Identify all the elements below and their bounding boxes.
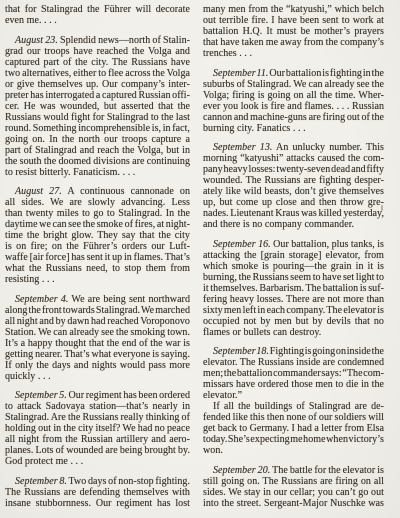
text-line-content: ever you look is fire and flames. . . . …	[203, 101, 384, 112]
text-line: burning, the Russians seem to have set l…	[203, 272, 384, 283]
diary-paragraph: If all the buildings of Stalingrad are d…	[203, 401, 384, 456]
text-line-content: all night from the Russian artillery and…	[5, 434, 190, 445]
text-line-content: trenches . . .	[203, 48, 252, 59]
text-line-content: the south the doomed divisions are conti…	[5, 156, 190, 167]
text-line: two alternatives, either to flee across …	[5, 68, 190, 79]
text-line-content: elevator.”	[203, 390, 242, 401]
text-line: August 27. A continuous cannonade on	[15, 186, 190, 197]
text-line: cannon and machine-guns are firing out o…	[203, 112, 384, 123]
text-line: along the front towards Stalingrad. We m…	[5, 305, 190, 316]
text-line-content: September 16. Our battalion, plus tanks,…	[213, 239, 384, 250]
text-line: morning “katyushi” attacks caused the co…	[203, 153, 384, 164]
text-line: ately like wild beasts, don’t give thems…	[203, 186, 384, 197]
text-line-content: If only the days and nights would pass m…	[5, 360, 190, 371]
text-line-content: August 23. Splendid news—north of Stalin…	[15, 35, 190, 46]
diary-paragraph: September 16. Our battalion, plus tanks,…	[203, 239, 384, 338]
text-line: sides. We stay in our cellar; you can’t …	[203, 487, 384, 498]
text-line: that have taken me away from the company…	[203, 37, 384, 48]
text-line-content: burning, the Russians seem to have set l…	[203, 272, 384, 283]
text-line: getting nearer. That’s what everyone is …	[5, 349, 190, 360]
text-line-content: Volga; firing is going on all the time. …	[203, 90, 384, 101]
text-line-content: get back to Germany. I had a letter from…	[203, 423, 384, 434]
text-line-content: even me. . . .	[5, 15, 57, 26]
text-line: it themselves. Barbarism. The battalion …	[203, 283, 384, 294]
text-line-content: insane stubbornness. Our regiment has lo…	[5, 498, 190, 509]
text-line-content: fering heavy losses. There are not more …	[203, 294, 384, 305]
text-line-content: missars have ordered those men to die in…	[203, 379, 384, 390]
text-line-content: many men from the “katyushi,” which belc…	[203, 4, 384, 15]
text-line: wounded. The Russians are fighting despe…	[203, 175, 384, 186]
text-line-content: that have taken me away from the company…	[203, 37, 384, 48]
text-line-content: It’s a happy thought that the end of the…	[5, 338, 190, 349]
text-line: attacking the [grain storage] elevator, …	[203, 250, 384, 261]
text-line: sixty men left in each company. The elev…	[203, 305, 384, 316]
text-line-content: If all the buildings of Stalingrad are d…	[213, 401, 384, 412]
text-line: even me. . . .	[5, 15, 190, 26]
text-line: out terrible fire. I have been sent to w…	[203, 15, 384, 26]
text-line: If only the days and nights would pass m…	[5, 360, 190, 371]
text-line-content: occupied not by men but by devils that n…	[203, 316, 384, 327]
text-line-content: ately like wild beasts, don’t give thems…	[203, 186, 384, 197]
text-line: get back to Germany. I had a letter from…	[203, 423, 384, 434]
text-line-content: today. She’s expecting me home when vict…	[203, 434, 384, 445]
text-line: the south the doomed divisions are conti…	[5, 156, 190, 167]
text-line: grad our troops have reached the Volga a…	[5, 46, 190, 57]
text-line: elevator.”	[203, 390, 384, 401]
text-line-content: along the front towards Stalingrad. We m…	[5, 305, 190, 316]
text-line-content: wounded. The Russians are fighting despe…	[203, 175, 384, 186]
text-line: elevator. The Russians inside are condem…	[203, 357, 384, 368]
diary-paragraph: many men from the “katyushi,” which belc…	[203, 4, 384, 59]
text-line-content: that for Stalingrad the Führer will deco…	[5, 4, 190, 15]
text-line-content: to attack Sadovaya station—that’s nearly…	[5, 401, 190, 412]
text-line: many men from the “katyushi,” which belc…	[203, 4, 384, 15]
text-line: into the street. Sergeant-Major Nuschke …	[203, 498, 384, 509]
text-line: than twenty miles to go to Stalingrad. I…	[5, 208, 190, 219]
diary-paragraph: September 11. Our battalion is fighting …	[203, 68, 384, 134]
text-line: September 13. An unlucky number. This	[213, 142, 384, 153]
text-line: part of Stalingrad and reach the Volga, …	[5, 145, 190, 156]
text-line: all sides. We are slowly advancing. Less	[5, 197, 190, 208]
text-line-content: up, but come up close and then throw gre…	[203, 197, 384, 208]
text-line: August 23. Splendid news—north of Stalin…	[15, 35, 190, 46]
text-line: burning city. Fanatics . . .	[203, 123, 384, 134]
text-line: fended like this then none of our soldie…	[203, 412, 384, 423]
text-line-content: attacking the [grain storage] elevator, …	[203, 250, 384, 261]
text-line: that for Stalingrad the Führer will deco…	[5, 4, 190, 15]
text-line-content: going on. In the north our troops captur…	[5, 134, 190, 145]
text-line: all night and by dawn had reached Voropo…	[5, 316, 190, 327]
text-line: insane stubbornness. Our regiment has lo…	[5, 498, 190, 509]
text-line-content: cer. He was wounded, but asserted that t…	[5, 101, 190, 112]
text-line: It’s a happy thought that the end of the…	[5, 338, 190, 349]
text-line: today. She’s expecting me home when vict…	[203, 434, 384, 445]
book-page: that for Stalingrad the Führer will deco…	[0, 0, 400, 518]
text-line: still going on. The Russians are firing …	[203, 476, 384, 487]
text-line-content: round. Something incomprehensible is, in…	[5, 123, 190, 134]
text-line-content: resisting . . .	[5, 274, 55, 285]
text-line: September 11. Our battalion is fighting …	[213, 68, 384, 79]
text-line-content: Stalingrad. Are the Russians really thin…	[5, 412, 190, 423]
text-line: resisting . . .	[5, 274, 190, 285]
text-line-content: suburbs of Stalingrad. We can already se…	[203, 79, 384, 90]
text-line-content: still going on. The Russians are firing …	[203, 476, 384, 487]
text-line: time the bright glow. They say that the …	[5, 230, 190, 241]
text-line-content: or give themselves up. Our company’s int…	[5, 79, 190, 90]
text-line: and there is no company commander.	[203, 219, 384, 230]
text-line-content: it themselves. Barbarism. The battalion …	[203, 283, 384, 294]
text-line: September 18. Fighting is going on insid…	[213, 346, 384, 357]
text-line-content: pany heavy losses: twenty-seven dead and…	[203, 164, 384, 175]
text-line-content: September 11. Our battalion is fighting …	[213, 68, 384, 79]
diary-paragraph: September 18. Fighting is going on insid…	[203, 346, 384, 401]
text-line-content: morning “katyushi” attacks caused the co…	[203, 153, 384, 164]
text-line: The Russians are defending themselves wi…	[5, 487, 190, 498]
text-line: God protect me . . .	[5, 456, 190, 467]
text-line-content: preter has interrogated a captured Russi…	[5, 90, 190, 101]
text-line-content: which smoke is pouring—the grain in it i…	[203, 261, 384, 272]
diary-paragraph: September 20. The battle for the elevato…	[203, 465, 384, 509]
text-line-content: two alternatives, either to flee across …	[5, 68, 190, 79]
entry-date: September 8.	[15, 476, 67, 487]
text-line-content: all night and by dawn had reached Voropo…	[5, 316, 190, 327]
text-line-content: captured part of the city. The Russians …	[5, 57, 190, 68]
entry-date: September 4.	[15, 294, 68, 305]
text-line: what the Russians need, to stop them fro…	[5, 263, 190, 274]
text-line-content: September 8. Two days of non-stop fighti…	[15, 476, 190, 487]
text-line: Stalingrad. Are the Russians really thin…	[5, 412, 190, 423]
text-line-content: God protect me . . .	[5, 456, 83, 467]
text-line: September 20. The battle for the elevato…	[213, 465, 384, 476]
text-line: nades. Lieutenant Kraus was killed yeste…	[203, 208, 384, 219]
text-line-content: grad our troops have reached the Volga a…	[5, 46, 190, 57]
entry-date: August 27.	[15, 186, 62, 197]
text-line: all night from the Russian artillery and…	[5, 434, 190, 445]
text-line: September 16. Our battalion, plus tanks,…	[213, 239, 384, 250]
text-line-content: into the street. Sergeant-Major Nuschke …	[203, 498, 384, 509]
text-line-content: won.	[203, 445, 223, 456]
text-line: to attack Sadovaya station—that’s nearly…	[5, 401, 190, 412]
diary-paragraph: August 23. Splendid news—north of Stalin…	[5, 35, 190, 178]
text-line-content: September 5. Our regiment has been order…	[15, 390, 190, 401]
text-line: cer. He was wounded, but asserted that t…	[5, 101, 190, 112]
text-line-content: getting nearer. That’s what everyone is …	[5, 349, 190, 360]
text-line: quickly . . .	[5, 371, 190, 382]
text-line-content: cannon and machine-guns are firing out o…	[203, 112, 384, 123]
text-line-content: holding out in the city itself? We had n…	[5, 423, 190, 434]
entry-date: September 13.	[213, 142, 272, 153]
scan-speck	[381, 205, 383, 211]
text-line: September 8. Two days of non-stop fighti…	[15, 476, 190, 487]
text-line-content: September 13. An unlucky number. This	[213, 142, 384, 153]
text-line-content: flames or bullets can destroy.	[203, 327, 321, 338]
diary-paragraph: September 4. We are being sent northward…	[5, 294, 190, 382]
text-line-content: battalion H.Q. It must be mother’s praye…	[203, 26, 384, 37]
text-line-content: time the bright glow. They say that the …	[5, 230, 190, 241]
entry-date: August 23.	[15, 35, 58, 46]
text-line: pany heavy losses: twenty-seven dead and…	[203, 164, 384, 175]
text-line: Volga; firing is going on all the time. …	[203, 90, 384, 101]
text-line-content: sides. We stay in our cellar; you can’t …	[203, 487, 384, 498]
text-line: is on fire; on the Führer’s orders our L…	[5, 241, 190, 252]
text-line-content: men; the battalion commander says: “The …	[203, 368, 384, 379]
entry-date: September 18.	[213, 346, 269, 357]
text-line-content: waffe [air force] has sent it up in flam…	[5, 252, 190, 263]
text-line-content: September 20. The battle for the elevato…	[213, 465, 384, 476]
text-line-content: and there is no company commander.	[203, 219, 354, 230]
text-line: waffe [air force] has sent it up in flam…	[5, 252, 190, 263]
text-line-content: all sides. We are slowly advancing. Less	[5, 197, 190, 208]
entry-date: September 5.	[15, 390, 67, 401]
text-line-content: August 27. A continuous cannonade on	[15, 186, 190, 197]
text-line: Station. We can already see the smoking …	[5, 327, 190, 338]
text-line: which smoke is pouring—the grain in it i…	[203, 261, 384, 272]
text-line: to resist bitterly. Fanaticism. . . .	[5, 167, 190, 178]
text-line: preter has interrogated a captured Russi…	[5, 90, 190, 101]
text-line-content: daytime we can see the smoke of fires, a…	[5, 219, 190, 230]
text-line: or give themselves up. Our company’s int…	[5, 79, 190, 90]
text-line: planes. Lots of wounded are being brough…	[5, 445, 190, 456]
text-line-content: part of Stalingrad and reach the Volga, …	[5, 145, 190, 156]
text-line: men; the battalion commander says: “The …	[203, 368, 384, 379]
text-line-content: than twenty miles to go to Stalingrad. I…	[5, 208, 190, 219]
text-line: round. Something incomprehensible is, in…	[5, 123, 190, 134]
text-line: holding out in the city itself? We had n…	[5, 423, 190, 434]
text-line-content: September 4. We are being sent northward	[15, 294, 190, 305]
text-line: suburbs of Stalingrad. We can already se…	[203, 79, 384, 90]
text-line: fering heavy losses. There are not more …	[203, 294, 384, 305]
text-line-content: burning city. Fanatics . . .	[203, 123, 306, 134]
diary-paragraph: September 8. Two days of non-stop fighti…	[5, 476, 190, 509]
text-line-content: Russians would fight for Stalingrad to t…	[5, 112, 190, 123]
text-line: won.	[203, 445, 384, 456]
text-line: battalion H.Q. It must be mother’s praye…	[203, 26, 384, 37]
text-line-content: elevator. The Russians inside are condem…	[203, 357, 384, 368]
text-line: occupied not by men but by devils that n…	[203, 316, 384, 327]
text-line-content: Station. We can already see the smoking …	[5, 327, 190, 338]
text-line-content: quickly . . .	[5, 371, 51, 382]
text-line: Russians would fight for Stalingrad to t…	[5, 112, 190, 123]
diary-paragraph: that for Stalingrad the Führer will deco…	[5, 4, 190, 26]
text-line-content: planes. Lots of wounded are being brough…	[5, 445, 190, 456]
text-line-content: September 18. Fighting is going on insid…	[213, 346, 384, 357]
diary-paragraph: August 27. A continuous cannonade onall …	[5, 186, 190, 285]
text-line: flames or bullets can destroy.	[203, 327, 384, 338]
text-line: going on. In the north our troops captur…	[5, 134, 190, 145]
text-line-content: what the Russians need, to stop them fro…	[5, 263, 190, 274]
text-line: up, but come up close and then throw gre…	[203, 197, 384, 208]
entry-date: September 11.	[213, 68, 268, 79]
text-line-content: nades. Lieutenant Kraus was killed yeste…	[203, 208, 384, 219]
diary-paragraph: September 5. Our regiment has been order…	[5, 390, 190, 467]
entry-date: September 20.	[213, 465, 270, 476]
text-line-content: The Russians are defending themselves wi…	[5, 487, 190, 498]
text-line: If all the buildings of Stalingrad are d…	[213, 401, 384, 412]
text-line-content: sixty men left in each company. The elev…	[203, 305, 384, 316]
text-line: September 4. We are being sent northward	[15, 294, 190, 305]
text-line-content: fended like this then none of our soldie…	[203, 412, 384, 423]
text-column-right: many men from the “katyushi,” which belc…	[203, 4, 384, 509]
text-line: September 5. Our regiment has been order…	[15, 390, 190, 401]
diary-paragraph: September 13. An unlucky number. Thismor…	[203, 142, 384, 230]
text-column-left: that for Stalingrad the Führer will deco…	[5, 4, 190, 509]
text-line: ever you look is fire and flames. . . . …	[203, 101, 384, 112]
text-line: daytime we can see the smoke of fires, a…	[5, 219, 190, 230]
text-line: trenches . . .	[203, 48, 384, 59]
text-line-content: to resist bitterly. Fanaticism. . . .	[5, 167, 135, 178]
text-line-content: is on fire; on the Führer’s orders our L…	[5, 241, 190, 252]
text-line: missars have ordered those men to die in…	[203, 379, 384, 390]
text-line: captured part of the city. The Russians …	[5, 57, 190, 68]
entry-date: September 16.	[213, 239, 271, 250]
text-line-content: out terrible fire. I have been sent to w…	[203, 15, 384, 26]
